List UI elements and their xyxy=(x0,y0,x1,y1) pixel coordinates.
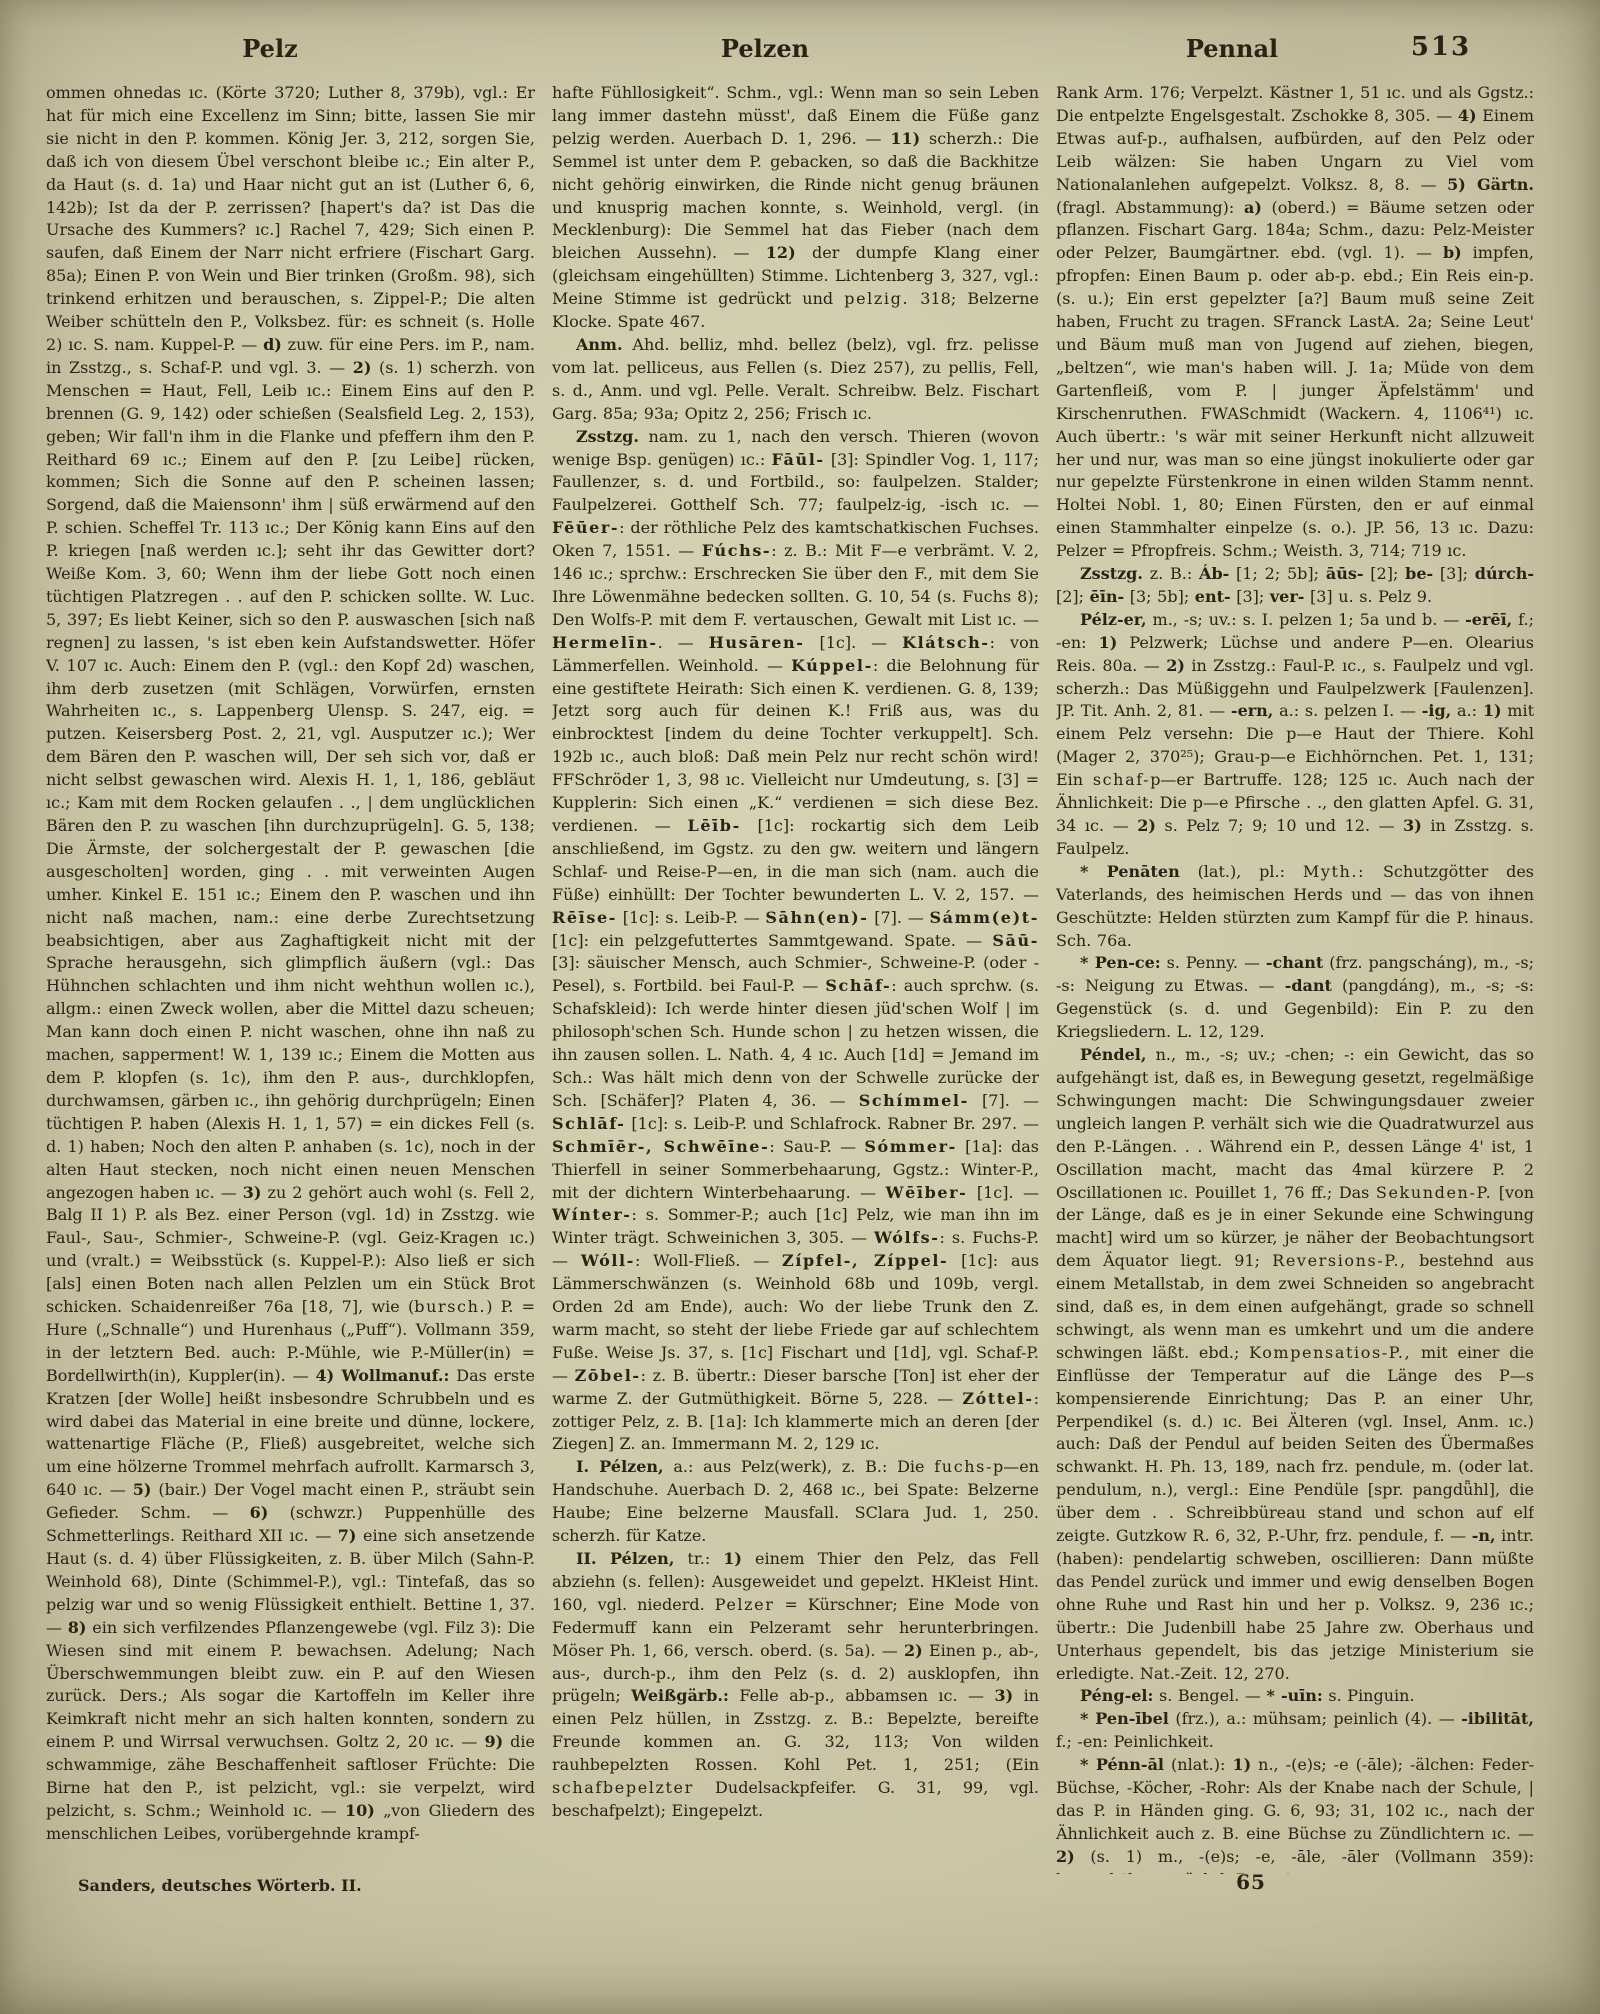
headword-run: II. Pélzen, xyxy=(576,1549,674,1568)
text-run: (lat.), pl.: xyxy=(1180,862,1303,881)
headword-run: Zsstzg. xyxy=(1080,564,1143,583)
running-head-right: Pennal xyxy=(1112,34,1352,68)
headword-run: 11) xyxy=(890,129,920,148)
headword-run: 3) xyxy=(994,1686,1013,1705)
page-number: 513 xyxy=(1396,32,1486,62)
text-run: Kompensatios-P., xyxy=(1249,1343,1411,1362)
headword-run: Sómmer- xyxy=(864,1137,957,1156)
text-run: s. Pinguin. xyxy=(1323,1686,1415,1705)
headword-run: Kúppel- xyxy=(791,656,873,675)
paragraph: hafte Fühllosigkeit“. Schm., vgl.: Wenn … xyxy=(552,82,1039,334)
headword-run: -ibilitāt, xyxy=(1461,1709,1534,1728)
headword-run: Péng-el: xyxy=(1080,1686,1153,1705)
paragraph: Péng-el: s. Bengel. — * -uīn: s. Pinguin… xyxy=(1056,1685,1534,1708)
headword-run: Zípfel-, Zíppel- xyxy=(782,1251,948,1270)
signature-mark: 65 xyxy=(1216,1870,1286,1894)
headword-run: 4) xyxy=(1458,106,1477,125)
text-column-middle: hafte Fühllosigkeit“. Schm., vgl.: Wenn … xyxy=(552,82,1039,1874)
text-run: [1c]: aus Lämmerschwänzen (s. Weinhold 6… xyxy=(552,1251,1039,1385)
text-run: schafbepelzter xyxy=(552,1778,694,1797)
headword-run: Fāūl- xyxy=(771,450,824,469)
headword-run: a) xyxy=(1244,198,1262,217)
text-run: [1c]: s. Leib-P. — xyxy=(617,908,765,927)
headword-run: -chant xyxy=(1266,953,1323,972)
paragraph: * Pen-ībel (frz.), a.: mühsam; peinlich … xyxy=(1056,1708,1534,1754)
headword-run: dúrch- xyxy=(1475,564,1534,583)
headword-run: Fúchs- xyxy=(702,541,771,560)
headword-run: 7) xyxy=(338,1526,357,1545)
headword-run: Klátsch- xyxy=(902,633,990,652)
headword-run: -dant xyxy=(1285,976,1332,995)
headword-run: ēīn- xyxy=(1090,587,1125,606)
headword-run: āūs- xyxy=(1326,564,1364,583)
headword-run: 1) xyxy=(723,1549,742,1568)
headword-run: b) xyxy=(1443,243,1462,262)
headword-run: Anm. xyxy=(576,335,623,354)
headword-run: 10) xyxy=(345,1801,375,1820)
headword-run: 1) xyxy=(1232,1755,1251,1774)
text-run: (s. 1) m., -(e)s; -e, -āle, -āler (Vollm… xyxy=(1075,1847,1534,1866)
headword-run: Husāren- xyxy=(709,633,805,652)
headword-run: Pélz-er, xyxy=(1080,610,1147,629)
headword-run: Zōbel- xyxy=(575,1366,641,1385)
paragraph: * Pénn-āl (nlat.): 1) n., -(e)s; -e (-āl… xyxy=(1056,1754,1534,1874)
text-run: [7]. — xyxy=(969,1091,1039,1110)
text-run: Reversions-P., xyxy=(1272,1251,1407,1270)
text-run: : Sau-P. — xyxy=(769,1137,864,1156)
headword-run: Schmīēr-, Schwēīne- xyxy=(552,1137,769,1156)
headword-run: Hermelīn- xyxy=(552,633,658,652)
text-run: ommen ohnedas ıc. (Körte 3720; Luther 8,… xyxy=(46,83,535,354)
text-run: a.: aus Pelz(werk), z. B.: Die xyxy=(664,1457,935,1476)
text-column-left: ommen ohnedas ıc. (Körte 3720; Luther 8,… xyxy=(46,82,535,1874)
text-run: [1c]. — xyxy=(967,1183,1039,1202)
headword-run: -n, xyxy=(1472,1526,1496,1545)
paragraph: ommen ohnedas ıc. (Körte 3720; Luther 8,… xyxy=(46,82,535,1846)
headword-run: Wēīber- xyxy=(886,1183,968,1202)
headword-run: I. Pélzen, xyxy=(576,1457,664,1476)
text-run: [7]. — xyxy=(869,908,930,927)
paragraph: Rank Arm. 176; Verpelzt. Kästner 1, 51 ı… xyxy=(1056,82,1534,563)
headword-run: 1) xyxy=(1099,633,1118,652)
headword-run: -ern, xyxy=(1231,701,1273,720)
headword-run: 8) xyxy=(68,1618,87,1637)
headword-run: 9) xyxy=(484,1732,503,1751)
text-run: Ahd. belliz, mhd. bellez (belz), vgl. fr… xyxy=(552,335,1039,423)
headword-run: Wínter- xyxy=(552,1205,632,1224)
headword-run: 2) xyxy=(1166,656,1185,675)
text-run: (nlat.): xyxy=(1164,1755,1232,1774)
headword-run: Rēīse- xyxy=(552,908,617,927)
headword-run: d) xyxy=(263,335,282,354)
headword-run: -erēī, xyxy=(1465,610,1512,629)
headword-run: 2) xyxy=(904,1641,923,1660)
headword-run: ver- xyxy=(1270,587,1305,606)
headword-run: Wóll- xyxy=(581,1251,635,1270)
headword-run: 2) xyxy=(1137,816,1156,835)
headword-run: ent- xyxy=(1195,587,1231,606)
headword-run: Zóttel- xyxy=(962,1389,1033,1408)
paragraph: Zsstzg. nam. zu 1, nach den versch. Thie… xyxy=(552,426,1039,1457)
headword-run: * Pen-ībel xyxy=(1080,1709,1169,1728)
text-run: [1c]: ein pelzgefuttertes Sammtgewand. S… xyxy=(552,931,992,950)
text-run: impfen, pfropfen: Einen Baum p. oder ab-… xyxy=(1056,243,1534,560)
text-run: pelzig. xyxy=(844,289,909,308)
headword-run: 5) Gärtn. xyxy=(1447,175,1534,194)
volume-imprint: Sanders, deutsches Wörterb. II. xyxy=(78,1876,362,1895)
headword-run: Sāhn(en)- xyxy=(765,908,868,927)
headword-run: 2) xyxy=(353,358,372,377)
headword-run: Áb- xyxy=(1199,564,1229,583)
running-head-left: Pelz xyxy=(160,34,380,68)
text-run: bursch. xyxy=(414,1297,486,1316)
text-run: (fragl. Abstammung): xyxy=(1056,198,1244,217)
text-run: Felle ab-p., abbamsen ıc. — xyxy=(729,1686,995,1705)
text-run: [1; 2; 5b]; xyxy=(1229,564,1326,583)
headword-run: 6) xyxy=(250,1503,269,1522)
headword-run: * -uīn: xyxy=(1267,1686,1323,1705)
headword-run: 12) xyxy=(766,243,796,262)
headword-run: Fēūer- xyxy=(552,518,619,537)
headword-run: 3) xyxy=(1403,816,1422,835)
headword-run: 5) xyxy=(133,1480,152,1499)
headword-run: Schímmel- xyxy=(859,1091,969,1110)
text-run: fuchs- xyxy=(934,1457,993,1476)
paragraph: Péndel, n., m., -s; uv.; -chen; -: ein G… xyxy=(1056,1044,1534,1685)
text-run: Myth.: xyxy=(1303,862,1365,881)
headword-run: Lēīb- xyxy=(687,816,740,835)
headword-run: Schlāf- xyxy=(552,1114,626,1133)
headword-run: Péndel, xyxy=(1080,1045,1146,1064)
text-run: s. Penny. — xyxy=(1161,953,1266,972)
paragraph: II. Pélzen, tr.: 1) einem Thier den Pelz… xyxy=(552,1548,1039,1823)
headword-run: 3) xyxy=(243,1183,262,1202)
text-run: tr.: xyxy=(674,1549,723,1568)
text-run: f.; -en: Peinlichkeit. xyxy=(1056,1732,1214,1751)
text-run: z. B.: xyxy=(1143,564,1199,583)
text-run: . — xyxy=(658,633,709,652)
paragraph: * Penāten (lat.), pl.: Myth.: Schutzgött… xyxy=(1056,861,1534,953)
headword-run: * Pénn-āl xyxy=(1080,1755,1164,1774)
headword-run: Wólfs- xyxy=(874,1228,940,1247)
text-run: [1c]. — xyxy=(805,633,903,652)
paragraph: I. Pélzen, a.: aus Pelz(werk), z. B.: Di… xyxy=(552,1456,1039,1548)
text-run: a.: s. pelzen I. — xyxy=(1273,701,1421,720)
text-run: mit einer die Einflüsse der Temperatur a… xyxy=(1056,1343,1534,1545)
text-run: [3; 5b]; xyxy=(1124,587,1195,606)
headword-run: 4) Wollmanuf.: xyxy=(315,1366,449,1385)
dictionary-page: Pelz Pelzen Pennal 513 ommen ohnedas ıc.… xyxy=(0,0,1600,2014)
text-run: : Woll-Fließ. — xyxy=(635,1251,782,1270)
text-run: Sekunden-P. xyxy=(1376,1183,1492,1202)
text-run: Pelzer xyxy=(715,1595,775,1614)
running-head-center: Pelzen xyxy=(645,34,885,68)
paragraph: Zsstzg. z. B.: Áb- [1; 2; 5b]; āūs- [2];… xyxy=(1056,563,1534,609)
headword-run: -ig, xyxy=(1422,701,1451,720)
paragraph: Pélz-er, m., -s; uv.: s. I. pelzen 1; 5a… xyxy=(1056,609,1534,861)
headword-run: * Pen-ce: xyxy=(1080,953,1161,972)
text-run: : auch sprchw. (s. Schafskleid): Ich wer… xyxy=(552,976,1039,1110)
headword-run: Zsstzg. xyxy=(576,427,639,446)
text-run: m., -s; uv.: s. I. pelzen 1; 5a und b. — xyxy=(1147,610,1466,629)
headword-run: Weißgärb.: xyxy=(631,1686,729,1705)
text-run: intr. (haben): pendelartig schweben, osc… xyxy=(1056,1526,1534,1682)
paragraph: * Pen-ce: s. Penny. — -chant (frz. pangs… xyxy=(1056,952,1534,1044)
text-run: schaf- xyxy=(1093,770,1150,789)
headword-run: 1) xyxy=(1483,701,1502,720)
text-column-right: Rank Arm. 176; Verpelzt. Kästner 1, 51 ı… xyxy=(1056,82,1534,1874)
headword-run: Sámm(e)t- xyxy=(929,908,1039,927)
text-run: (s. 1) scherzh. von Menschen = Haut, Fel… xyxy=(46,358,535,1202)
text-run: [2]; xyxy=(1364,564,1406,583)
text-run: n., m., -s; uv.; -chen; -: ein Gewicht, … xyxy=(1056,1045,1534,1201)
text-run: [3] u. s. Pelz 9. xyxy=(1304,587,1432,606)
headword-run: be- xyxy=(1405,564,1433,583)
text-run: [3]; xyxy=(1433,564,1475,583)
text-run: : die Belohnung für eine gestiftete Heir… xyxy=(552,656,1039,835)
text-run: [3]; xyxy=(1231,587,1270,606)
text-run: zu 2 gehört auch wohl (s. Fell 2, Balg I… xyxy=(46,1183,535,1317)
text-run: [1c]: s. Leib-P. und Schlafrock. Rabner … xyxy=(626,1114,1039,1133)
text-run: (frz.), a.: mühsam; peinlich (4). — xyxy=(1169,1709,1461,1728)
text-run: s. Pelz 7; 9; 10 und 12. — xyxy=(1156,816,1403,835)
text-run: burschik.: xyxy=(1056,1870,1153,1874)
headword-run: Sāū- xyxy=(992,931,1039,950)
headword-run: 2) xyxy=(1056,1847,1075,1866)
headword-run: Schāf- xyxy=(825,976,891,995)
headword-run: * Penāten xyxy=(1080,862,1180,881)
text-run: [2]; xyxy=(1056,587,1090,606)
text-run: ein sich verfilzendes Pflanzengewebe (vg… xyxy=(46,1618,535,1752)
paragraph: Anm. Ahd. belliz, mhd. bellez (belz), vg… xyxy=(552,334,1039,426)
text-run: s. Bengel. — xyxy=(1153,1686,1266,1705)
text-run: a.: xyxy=(1451,701,1483,720)
